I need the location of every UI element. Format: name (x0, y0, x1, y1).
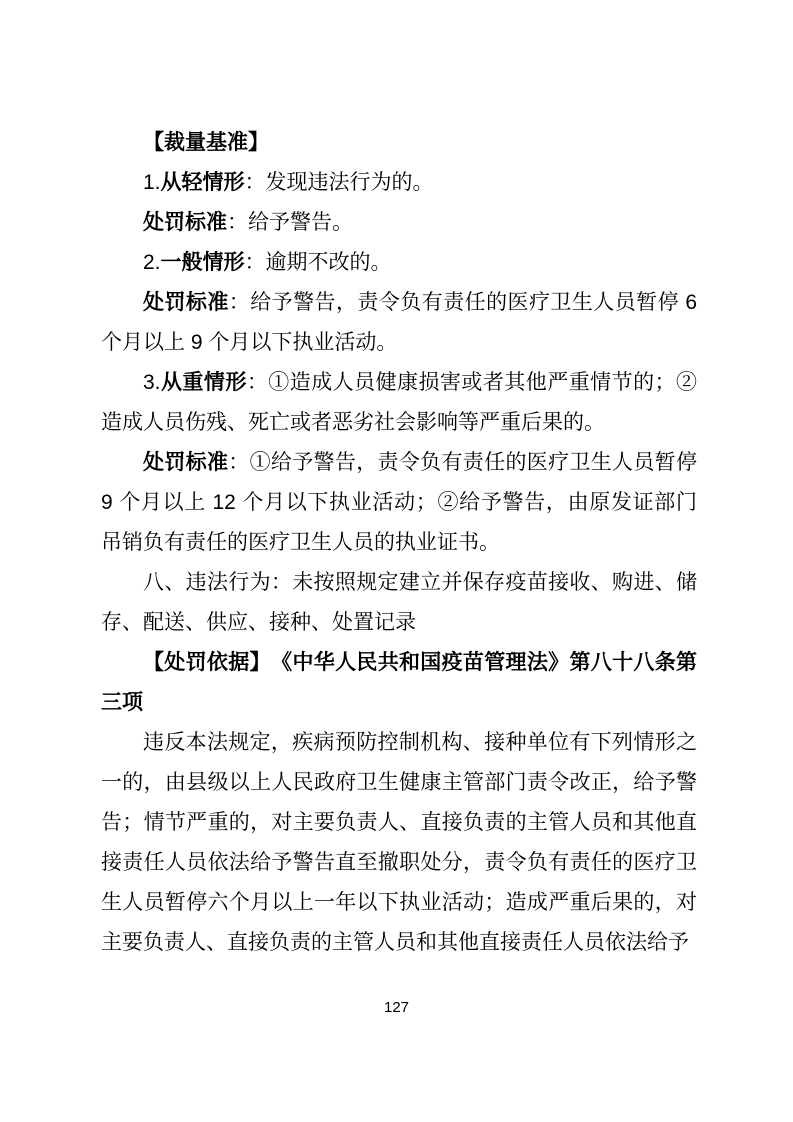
paragraph-law-excerpt: 违反本法规定，疾病预防控制机构、接种单位有下列情形之一的，由县级以上人民政府卫生… (101, 723, 697, 963)
paragraph-penalty-standard-3: 处罚标准：①给予警告，责令负有责任的医疗卫生人员暂停 9 个月以上 12 个月以… (101, 443, 697, 563)
document-page: 【裁量基准】 1.从轻情形：发现违法行为的。 处罚标准：给予警告。 2.一般情形… (0, 0, 793, 1122)
term-label: 从轻情形 (161, 171, 245, 194)
paragraph-lenient-circumstance: 1.从轻情形：发现违法行为的。 (101, 163, 697, 203)
heading-text: 【处罚依据】 《中华人民共和国疫苗管理法》第八十八条第三项 (101, 651, 697, 714)
paragraph-general-circumstance: 2.一般情形：逾期不改的。 (101, 243, 697, 283)
term-label: 处罚标准 (143, 211, 227, 234)
paragraph-severe-circumstance: 3.从重情形：①造成人员健康损害或者其他严重情节的；②造成人员伤残、死亡或者恶劣… (101, 363, 697, 443)
heading-text: 【裁量基准】 (143, 131, 269, 154)
list-number: 2. (143, 251, 161, 274)
list-number: 3. (143, 371, 161, 394)
paragraph-text: 违反本法规定，疾病预防控制机构、接种单位有下列情形之一的，由县级以上人民政府卫生… (101, 731, 697, 954)
term-label: 处罚标准 (143, 291, 229, 314)
paragraph-illegal-act-8: 八、违法行为：未按照规定建立并保存疫苗接收、购进、储存、配送、供应、接种、处置记… (101, 563, 697, 643)
paragraph-text: 八、违法行为：未按照规定建立并保存疫苗接收、购进、储存、配送、供应、接种、处置记… (101, 571, 697, 634)
paragraph-text: ：发现违法行为的。 (245, 171, 434, 194)
paragraph-text: ：给予警告。 (227, 211, 353, 234)
paragraph-penalty-standard-1: 处罚标准：给予警告。 (101, 203, 697, 243)
term-label: 一般情形 (161, 251, 245, 274)
document-body: 【裁量基准】 1.从轻情形：发现违法行为的。 处罚标准：给予警告。 2.一般情形… (101, 123, 697, 963)
section-heading-discretion-benchmark: 【裁量基准】 (101, 123, 697, 163)
list-number: 1. (143, 171, 161, 194)
term-label: 处罚标准 (143, 451, 228, 474)
term-label: 从重情形 (161, 371, 247, 394)
page-number: 127 (0, 998, 793, 1018)
paragraph-penalty-standard-2: 处罚标准：给予警告，责令负有责任的医疗卫生人员暂停 6 个月以上 9 个月以下执… (101, 283, 697, 363)
paragraph-text: ：逾期不改的。 (245, 251, 392, 274)
section-heading-penalty-basis: 【处罚依据】 《中华人民共和国疫苗管理法》第八十八条第三项 (101, 643, 697, 723)
